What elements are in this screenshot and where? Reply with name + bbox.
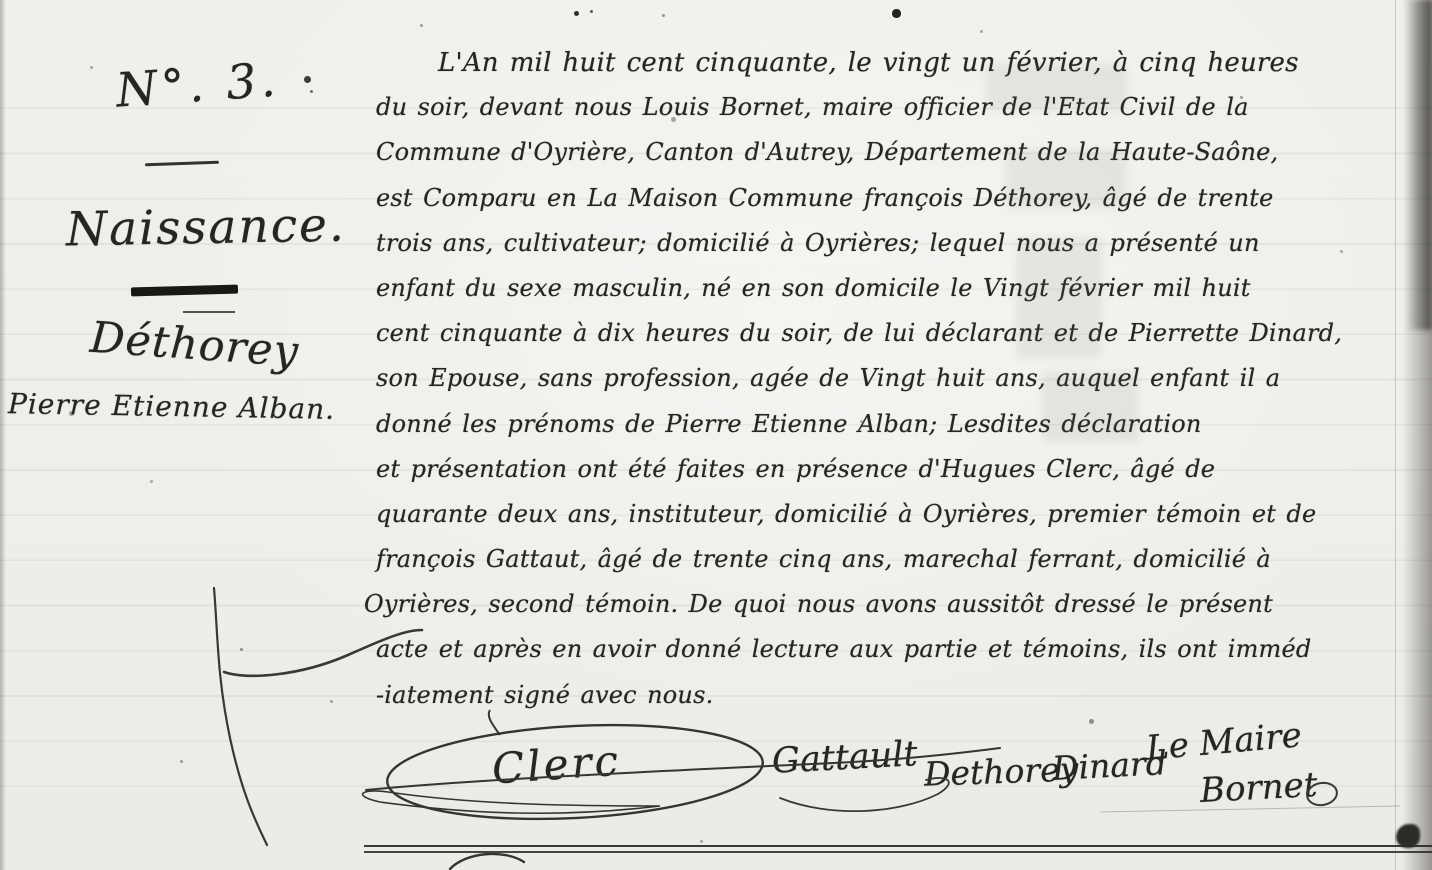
bottom-double-rule bbox=[364, 845, 1432, 853]
body-line: et présentation ont été faites en présen… bbox=[376, 455, 1422, 500]
body-line: trois ans, cultivateur; domicilié à Oyri… bbox=[376, 229, 1422, 274]
body-line: donné les prénoms de Pierre Etienne Alba… bbox=[376, 410, 1422, 455]
margin-thick-rule bbox=[131, 285, 238, 297]
body-line: du soir, devant nous Louis Bornet, maire… bbox=[376, 93, 1422, 138]
margin-thin-rule bbox=[183, 311, 235, 313]
margin-surname: Déthorey bbox=[89, 313, 301, 377]
body-line: cent cinquante à dix heures du soir, de … bbox=[376, 319, 1422, 364]
signature-gattault: Gattault bbox=[771, 734, 919, 782]
ink-bleedthrough bbox=[986, 64, 1126, 110]
register-page-scan: N°. 3. Naissance. Déthorey Pierre Etienn… bbox=[0, 0, 1432, 870]
act-body: L'An mil huit cent cinquante, le vingt u… bbox=[376, 48, 1422, 726]
signature-bornet: Bornet bbox=[1199, 765, 1318, 811]
ink-blot bbox=[1396, 824, 1420, 848]
act-number: N°. 3. bbox=[114, 52, 281, 118]
binding-gutter-shadow-top bbox=[1406, 0, 1432, 330]
body-line: Oyrières, second témoin. De quoi nous av… bbox=[364, 590, 1422, 635]
ink-bleedthrough bbox=[1006, 150, 1126, 208]
body-line: françois Gattaut, âgé de trente cinq ans… bbox=[376, 545, 1422, 590]
scan-left-edge bbox=[0, 0, 6, 870]
act-type-heading: Naissance. bbox=[66, 198, 347, 258]
body-line: son Epouse, sans profession, agée de Vin… bbox=[376, 364, 1422, 409]
body-line: Commune d'Oyrière, Canton d'Autrey, Dépa… bbox=[376, 138, 1422, 183]
margin-dash-rule bbox=[145, 161, 219, 167]
body-line: acte et après en avoir donné lecture aux… bbox=[376, 635, 1422, 680]
body-line: enfant du sexe masculin, né en son domic… bbox=[376, 274, 1422, 319]
ink-bleedthrough bbox=[1016, 238, 1102, 358]
body-line: quarante deux ans, instituteur, domicili… bbox=[376, 500, 1422, 545]
margin-given-names: Pierre Etienne Alban. bbox=[8, 387, 336, 426]
page-edge-line bbox=[1395, 0, 1396, 870]
ink-bleedthrough bbox=[1042, 372, 1138, 442]
body-line: L'An mil huit cent cinquante, le vingt u… bbox=[376, 48, 1422, 93]
body-line: est Comparu en La Maison Commune françoi… bbox=[376, 184, 1422, 229]
signature-clerc: Clerc bbox=[490, 736, 622, 794]
